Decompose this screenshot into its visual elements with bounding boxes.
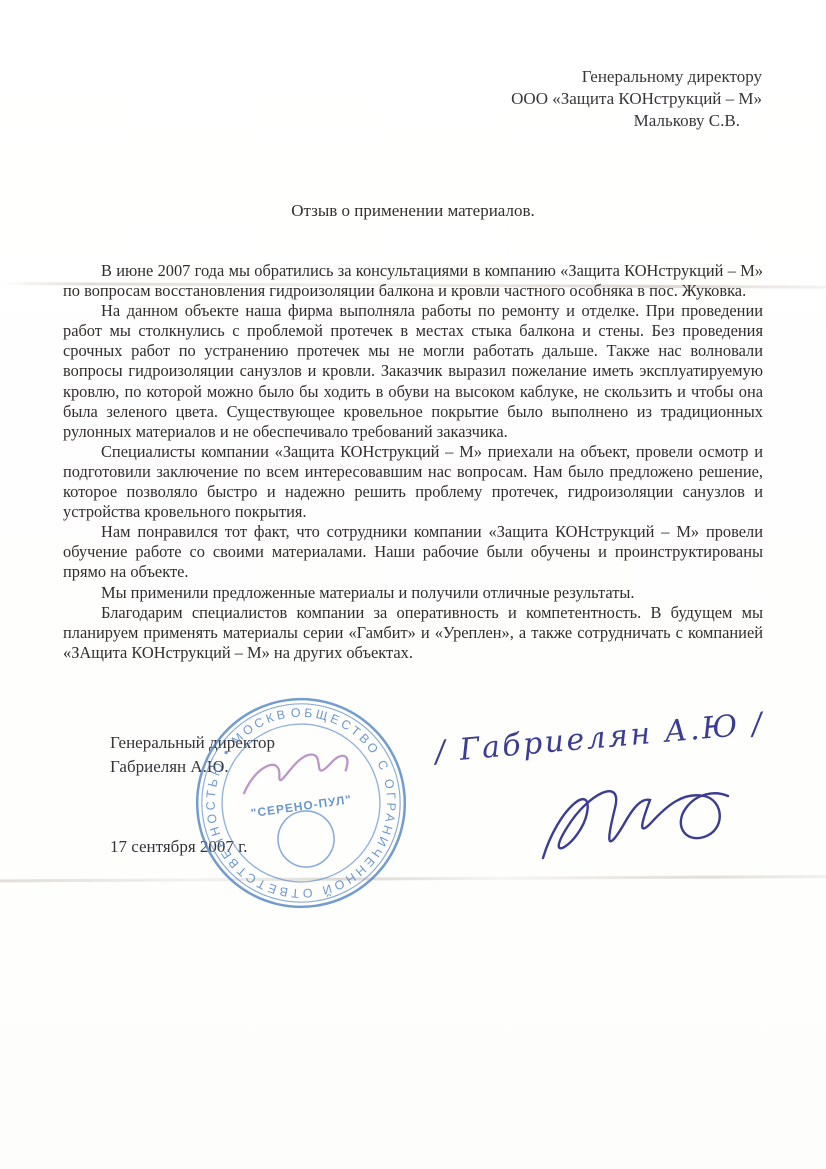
stamp-initials-squiggle [240, 750, 350, 794]
handwritten-name-text: / Габриелян А.Ю / [431, 706, 767, 770]
stamp-center-text: "СЕРЕНО-ПУЛ" [250, 792, 353, 820]
recipient-name: Малькову С.В. [511, 110, 762, 132]
paragraph: Специалисты компании «Защита КОНструкций… [63, 442, 763, 522]
recipient-line: Генеральному директору [511, 66, 762, 88]
stamp-ring-text-holder: ОБЩЕСТВО С ОГРАНИЧЕННОЙ ОТВЕТСТВЕННОСТЬЮ… [178, 680, 411, 916]
paragraph: Мы применили предложенные материалы и по… [63, 583, 763, 603]
stamp-svg: ОБЩЕСТВО С ОГРАНИЧЕННОЙ ОТВЕТСТВЕННОСТЬЮ… [178, 680, 424, 926]
paragraph: Благодарим специалистов компании за опер… [63, 603, 763, 663]
recipient-company: ООО «Защита КОНструкций – М» [511, 88, 762, 110]
paragraph: Нам понравился тот факт, что сотрудники … [63, 522, 763, 582]
stamp-ring-text: ОБЩЕСТВО С ОГРАНИЧЕННОЙ ОТВЕТСТВЕННОСТЬЮ… [178, 680, 411, 916]
letter-body: В июне 2007 года мы обратились за консул… [63, 261, 763, 663]
handwriting-svg: / Габриелян А.Ю / [428, 696, 800, 886]
signature-flourish [543, 791, 728, 858]
letter-title: Отзыв о применении материалов. [0, 201, 826, 221]
stamp-center-circle [274, 807, 337, 870]
company-stamp: ОБЩЕСТВО С ОГРАНИЧЕННОЙ ОТВЕТСТВЕННОСТЬЮ… [178, 680, 424, 926]
paragraph: На данном объекте наша фирма выполняла р… [63, 301, 763, 442]
handwritten-signature: / Габриелян А.Ю / [428, 696, 800, 886]
recipient-block: Генеральному директору ООО «Защита КОНст… [511, 66, 762, 132]
paragraph: В июне 2007 года мы обратились за консул… [63, 261, 763, 301]
letter-page: Генеральному директору ООО «Защита КОНст… [0, 0, 826, 1169]
